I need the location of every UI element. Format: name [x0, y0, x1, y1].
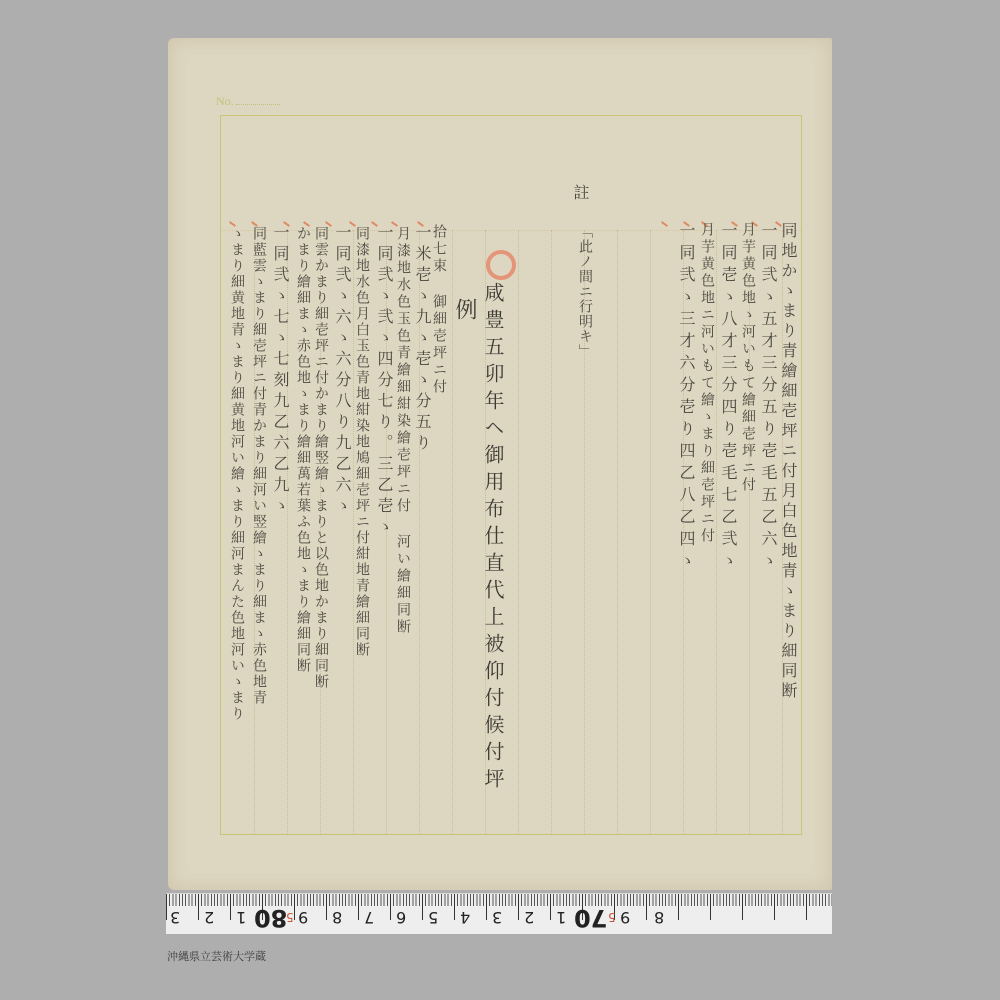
ruler-number: 8 — [654, 908, 664, 927]
ruler-number: 5 — [608, 910, 616, 924]
note-text: 「此ノ間ニ行明キ」 — [578, 224, 592, 359]
ruler-number: 80 — [254, 904, 287, 932]
text-column: 一同弐ゝ三才六分壱り四乙八乙四ゝ — [678, 222, 694, 574]
column-rule — [518, 230, 519, 834]
column-rule — [716, 230, 717, 834]
ruler-number: 3 — [170, 908, 180, 927]
ruler-number: 5 — [428, 908, 438, 927]
ruler-number: 3 — [492, 908, 502, 927]
text-column: 同地かゝまり青繪細壱坪ニ付月白色地青ゝまり細同断 — [780, 222, 796, 702]
ruler-number: 2 — [524, 908, 534, 927]
ruler-number: 4 — [460, 908, 470, 927]
ruler-number: 1 — [236, 908, 246, 927]
ruler-number: 7 — [364, 908, 374, 927]
text-column: 一同弐ゝ六ゝ六分八り九乙六ゝ — [334, 224, 350, 518]
text-column: 一同弐ゝ弐ゝ四分七り。三乙壱ゝ — [376, 224, 392, 539]
text-column: 一同壱ゝ八才三分四り壱毛七乙弐ゝ — [720, 222, 736, 574]
text-column: 同漆地水色月白玉色青地紺染地鳩細壱坪ニ付紺地青繪細同断 — [355, 226, 369, 658]
text-column: 同藍雲ゝまり細壱坪ニ付青かまり細河い竪繪ゝまり細まゝ赤色地青 — [252, 226, 266, 706]
red-check-mark — [661, 221, 668, 227]
text-column: ゝまり細黄地青ゝまり細黄地河い繪ゝまり細河まんた色地河いゝまり — [230, 226, 244, 722]
text-column: 月芋黄色地ニ河いもて繪ゝまり細壱坪ニ付 — [700, 222, 714, 545]
page-number-label: No. — [216, 94, 234, 108]
ruler-number: 70 — [574, 904, 607, 932]
ruler-number: 5 — [286, 910, 294, 924]
ruler-number: 1 — [556, 908, 566, 927]
column-rule — [617, 230, 618, 834]
ruler-number: 2 — [204, 908, 214, 927]
example-label: 例 — [453, 298, 475, 321]
title-column: 咸豊五卯年ヘ御用布仕直代上被仰付候付坪 — [483, 282, 503, 795]
text-column: 月漆地水色玉色青繪細紺染繪壱坪ニ付 河い繪細同断 — [396, 226, 410, 636]
column-rule — [650, 230, 651, 834]
ruler-number: 9 — [620, 908, 630, 927]
measuring-ruler: 3 2 1 80 5 9 8 7 6 5 4 3 2 1 70 5 9 8 — [166, 893, 832, 934]
text-column: 拾七束 御細壱坪ニ付 — [432, 224, 446, 396]
text-column: 一米壱ゝ九ゝ壱ゝ分五り — [414, 224, 430, 455]
text-column: 一同弐ゝ五才三分五り壱毛五乙六ゝ — [760, 222, 776, 574]
page-number-blank — [236, 104, 280, 105]
text-column: 一同弐ゝ七ゝ七刻九乙六乙九ゝ — [272, 224, 288, 518]
note-header: 註 — [572, 184, 588, 201]
page-number-field: No. — [216, 94, 280, 109]
red-seal-mark — [486, 250, 516, 280]
column-rule — [551, 230, 552, 834]
collection-credit: 沖縄県立芸術大学蔵 — [167, 948, 266, 964]
ruler-number: 9 — [298, 908, 308, 927]
text-column: 月芋黄色地ゝ河いもて繪細壱坪ニ付 — [741, 222, 755, 494]
ruler-number: 6 — [396, 908, 406, 927]
text-column: 同雲かまり細壱坪ニ付かまり繪竪繪ゝまりと以色地かまり細同断 — [314, 226, 328, 690]
ruler-number: 8 — [332, 908, 342, 927]
text-column: かまり繪細まゝ赤色地ゝまり繪細萬若葉ふ色地ゝまり繪細同断 — [296, 226, 310, 674]
manuscript-page: No. 註 — [168, 38, 832, 890]
